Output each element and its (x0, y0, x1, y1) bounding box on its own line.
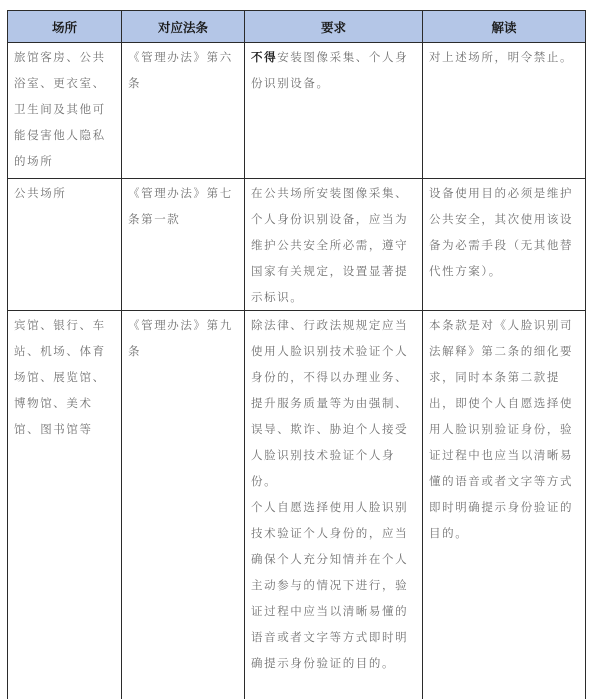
header-article: 对应法条 (122, 11, 245, 43)
cell-interpretation: 本条款是对《人脸识别司法解释》第二条的细化要求，同时本条第二款提出，即使个人自愿… (423, 311, 586, 699)
cell-requirement: 不得安装图像采集、个人身份识别设备。 (245, 43, 423, 179)
article-text: 《管理办法》第七条第一款 (128, 186, 233, 226)
place-text: 旅馆客房、公共浴室、更衣室、卫生间及其他可能侵害他人隐私的场所 (14, 50, 106, 168)
cell-requirement: 在公共场所安装图像采集、个人身份识别设备，应当为维护公共安全所必需，遵守国家有关… (245, 179, 423, 311)
cell-article: 《管理办法》第九条 (122, 311, 245, 699)
requirement-emphasis: 不得 (251, 50, 277, 64)
cell-article: 《管理办法》第六条 (122, 43, 245, 179)
header-interpretation: 解读 (423, 11, 586, 43)
requirement-text: 在公共场所安装图像采集、个人身份识别设备，应当为维护公共安全所必需，遵守国家有关… (251, 186, 408, 304)
cell-place: 宾馆、银行、车站、机场、体育场馆、展览馆、博物馆、美术馆、图书馆等 (8, 311, 122, 699)
interpretation-text: 本条款是对《人脸识别司法解释》第二条的细化要求，同时本条第二款提出，即使个人自愿… (429, 318, 573, 540)
requirement-text: 除法律、行政法规规定应当使用人脸识别技术验证个人身份的，不得以办理业务、提升服务… (251, 318, 408, 670)
interpretation-text: 设备使用目的必须是维护公共安全，其次使用该设备为必需手段（无其他替代性方案）。 (429, 186, 573, 278)
interpretation-text: 对上述场所，明令禁止。 (429, 50, 573, 64)
cell-place: 旅馆客房、公共浴室、更衣室、卫生间及其他可能侵害他人隐私的场所 (8, 43, 122, 179)
header-place: 场所 (8, 11, 122, 43)
table-row: 宾馆、银行、车站、机场、体育场馆、展览馆、博物馆、美术馆、图书馆等 《管理办法》… (8, 311, 586, 699)
table-row: 公共场所 《管理办法》第七条第一款 在公共场所安装图像采集、个人身份识别设备，应… (8, 179, 586, 311)
cell-place: 公共场所 (8, 179, 122, 311)
place-text: 宾馆、银行、车站、机场、体育场馆、展览馆、博物馆、美术馆、图书馆等 (14, 318, 106, 436)
regulation-table: 场所 对应法条 要求 解读 旅馆客房、公共浴室、更衣室、卫生间及其他可能侵害他人… (7, 10, 586, 699)
header-requirement: 要求 (245, 11, 423, 43)
table-header-row: 场所 对应法条 要求 解读 (8, 11, 586, 43)
cell-requirement: 除法律、行政法规规定应当使用人脸识别技术验证个人身份的，不得以办理业务、提升服务… (245, 311, 423, 699)
cell-article: 《管理办法》第七条第一款 (122, 179, 245, 311)
cell-interpretation: 对上述场所，明令禁止。 (423, 43, 586, 179)
place-text: 公共场所 (14, 186, 66, 200)
article-text: 《管理办法》第九条 (128, 318, 233, 358)
article-text: 《管理办法》第六条 (128, 50, 233, 90)
table-row: 旅馆客房、公共浴室、更衣室、卫生间及其他可能侵害他人隐私的场所 《管理办法》第六… (8, 43, 586, 179)
cell-interpretation: 设备使用目的必须是维护公共安全，其次使用该设备为必需手段（无其他替代性方案）。 (423, 179, 586, 311)
